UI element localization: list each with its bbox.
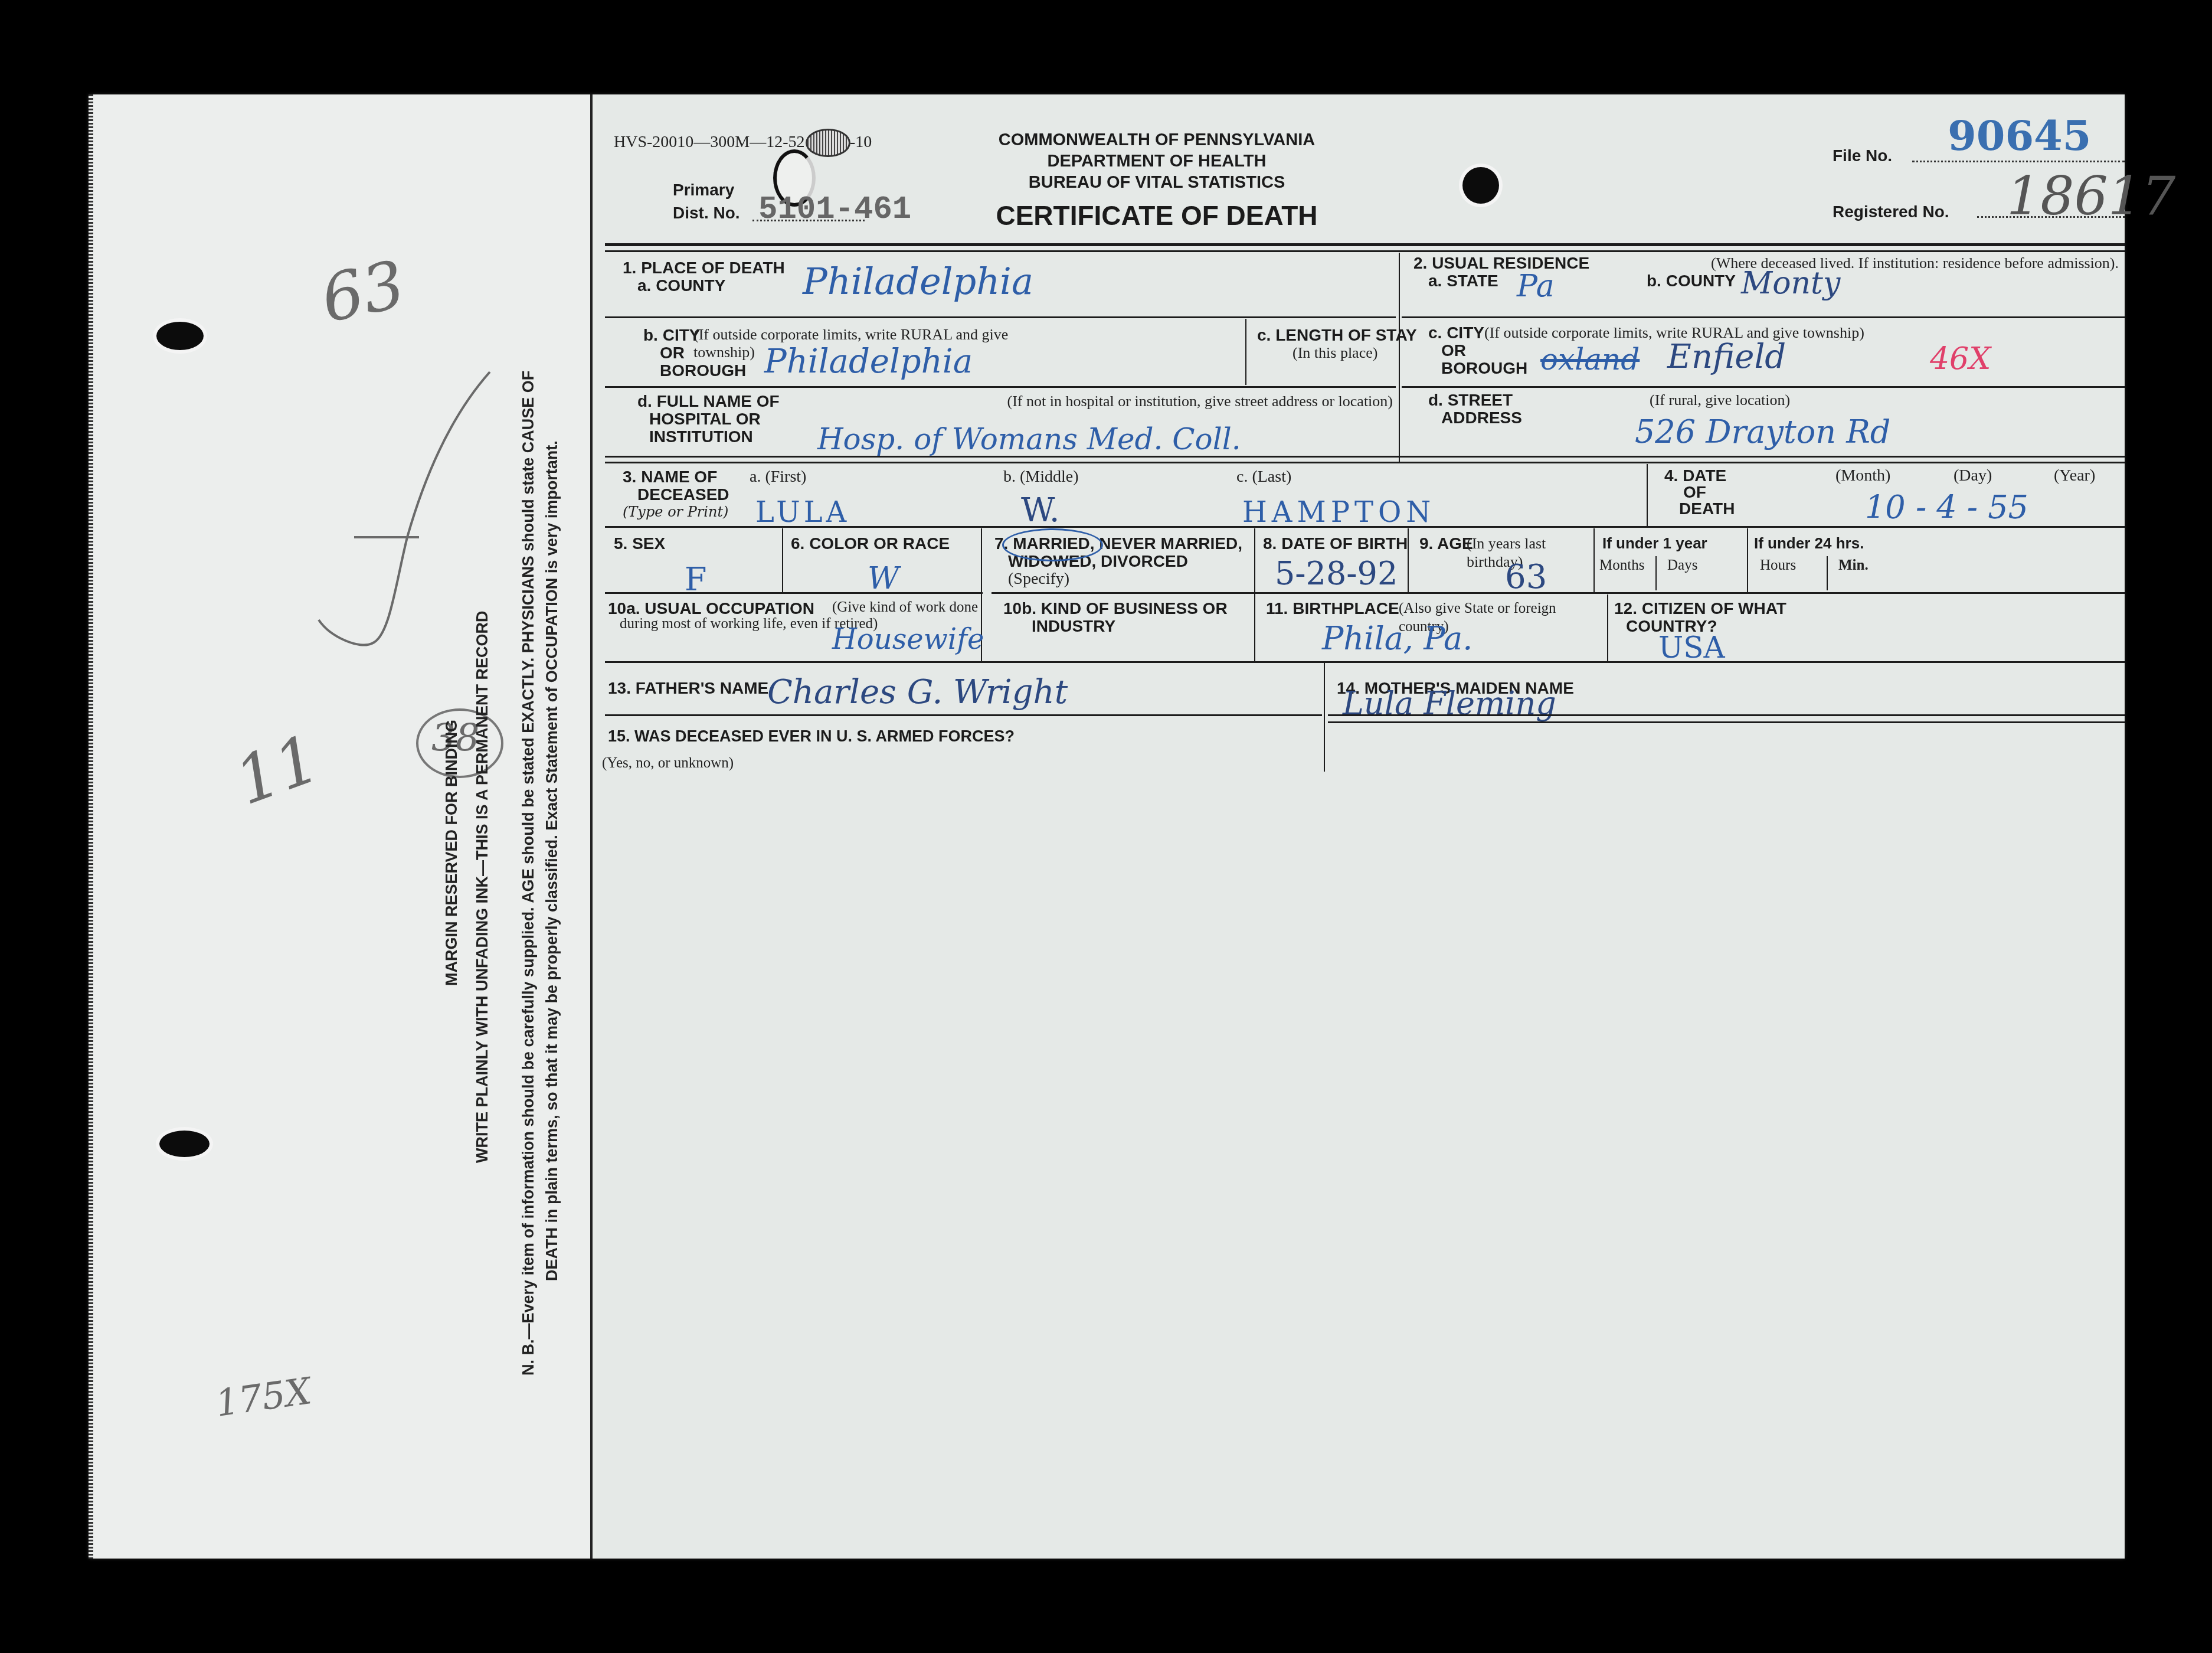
months-label: Months [1599, 556, 1644, 574]
last-name-value: HAMPTON [1242, 496, 1435, 529]
ur-city-value: Enfield [1667, 338, 1786, 376]
pod-stay-note: (In this place) [1292, 344, 1393, 362]
nb-note-line1: N. B.—Every item of information should b… [519, 371, 538, 1376]
name-label-2: DECEASED [637, 485, 729, 504]
rule [605, 462, 2125, 463]
race-label: 6. COLOR OR RACE [791, 534, 950, 553]
rule [1328, 721, 2125, 723]
birthplace-label: 11. BIRTHPLACE [1266, 599, 1399, 618]
dod-day-label: (Day) [1954, 466, 1992, 485]
pod-hospital-note: (If not in hospital or institution, give… [797, 392, 1393, 410]
punch-hole-bottom [159, 1131, 210, 1157]
pod-county-label: a. COUNTY [637, 276, 725, 295]
dod-label-1: 4. DATE [1664, 466, 1726, 485]
ur-county-value: Monty [1741, 266, 1840, 301]
registered-no: 18617 [2007, 165, 2175, 227]
pod-city-borough: BOROUGH [660, 361, 746, 380]
sex-label: 5. SEX [614, 534, 665, 553]
ur-state-label: a. STATE [1428, 272, 1498, 290]
rule-v [1245, 319, 1246, 385]
primary-label: Primary [673, 181, 734, 199]
punch-hole-header-right [1462, 167, 1499, 204]
dob-value: 5-28-92 [1275, 555, 1398, 592]
union-label-suffix: -10 [850, 133, 872, 151]
agency-line-2: DEPARTMENT OF HEALTH [938, 152, 1375, 171]
under-1-year-label: If under 1 year [1602, 534, 1707, 553]
ur-city-struck: oxland [1540, 342, 1640, 377]
ur-street-note: (If rural, give location) [1650, 391, 1790, 409]
primary-dist-no: 5101-461 [758, 192, 911, 228]
binding-stub: 63 11 38 175X MARGIN RESERVED FOR BINDIN… [89, 94, 590, 1559]
punch-hole-top [156, 322, 204, 350]
rule-v [782, 528, 783, 592]
dist-no-label: Dist. No. [673, 204, 740, 222]
rule [605, 714, 1322, 716]
rule [992, 592, 2125, 594]
first-name-value: LULA [755, 496, 850, 529]
under-24-hrs-label: If under 24 hrs. [1754, 534, 1864, 553]
union-label-icon [806, 129, 850, 157]
dob-label: 8. DATE OF BIRTH [1263, 534, 1408, 553]
pencil-note-bottom: 175X [213, 1369, 314, 1425]
citizen-value: USA [1658, 631, 1725, 665]
pod-city-value: Philadelphia [764, 342, 973, 381]
rule-v [1607, 594, 1608, 661]
ur-city-or: OR [1441, 341, 1466, 360]
ur-street-label-2: ADDRESS [1441, 409, 1522, 427]
agency-line-1: COMMONWEALTH OF PENNSYLVANIA [938, 131, 1375, 149]
col-divider-1-2 [1399, 253, 1400, 462]
file-no-label: File No. [1833, 146, 1892, 165]
margin-reserved-note: MARGIN RESERVED FOR BINDING [443, 720, 461, 986]
rule-v [1655, 556, 1657, 590]
place-of-death-label: 1. PLACE OF DEATH [623, 259, 785, 277]
armed-forces-label: 15. WAS DECEASED EVER IN U. S. ARMED FOR… [608, 727, 1015, 746]
citizen-label-1: 12. CITIZEN OF WHAT [1614, 599, 1786, 618]
hours-label: Hours [1760, 556, 1796, 574]
rule [605, 456, 2125, 458]
marital-circle-married [1002, 528, 1103, 561]
ur-city-label: c. CITY [1428, 324, 1484, 342]
dod-year-label: (Year) [2054, 466, 2095, 485]
dod-month-label: (Month) [1835, 466, 1890, 485]
last-name-label: c. (Last) [1236, 468, 1291, 486]
first-name-label: a. (First) [750, 468, 806, 486]
armed-forces-note-1: (Yes, no, or unknown) [602, 754, 734, 772]
pod-county-value: Philadelphia [803, 260, 1033, 303]
rule-v [1408, 528, 1409, 592]
mother-name-value: Lula Fleming [1343, 685, 1556, 722]
rule [1402, 386, 2125, 388]
age-label: 9. AGE [1419, 534, 1473, 553]
pod-stay-label: c. LENGTH OF STAY [1257, 326, 1417, 344]
rule-v [1324, 662, 1325, 772]
age-value: 63 [1505, 558, 1547, 596]
agency-line-3: BUREAU OF VITAL STATISTICS [938, 174, 1375, 192]
ur-street-value: 526 Drayton Rd [1635, 413, 1890, 450]
file-no-dotline [1912, 161, 2125, 162]
rule-v [1254, 528, 1255, 661]
pencil-note-top: 63 [315, 246, 411, 337]
race-value: W [868, 561, 899, 596]
certificate-title: CERTIFICATE OF DEATH [938, 201, 1375, 230]
date-of-death-value: 10 - 4 - 55 [1865, 489, 2028, 526]
name-label-1: 3. NAME OF [623, 468, 717, 486]
usual-residence-note: (Where deceased lived. If institution: r… [1599, 254, 2119, 272]
dist-no-dotline [752, 220, 865, 221]
pod-hospital-value: Hosp. of Womans Med. Coll. [817, 422, 1241, 456]
middle-name-value: W. [1021, 491, 1060, 530]
rule [1328, 714, 2125, 716]
header-rule [605, 243, 2125, 246]
perforated-edge [89, 94, 93, 1559]
days-label: Days [1667, 556, 1697, 574]
occupation-value: Housewife [832, 623, 984, 656]
pod-hospital-label-3: INSTITUTION [649, 427, 753, 446]
rule [605, 526, 2125, 528]
registered-no-label: Registered No. [1833, 202, 1949, 221]
name-label-3: (Type or Print) [623, 503, 728, 521]
ur-city-borough: BOROUGH [1441, 359, 1527, 377]
business-label-1: 10b. KIND OF BUSINESS OR [1003, 599, 1228, 618]
rule-v [1747, 528, 1748, 592]
min-label: Min. [1838, 556, 1869, 574]
pod-city-label: b. CITY [643, 326, 700, 344]
pencil-note-mid: 11 [225, 720, 329, 819]
father-name-label: 13. FATHER'S NAME [608, 679, 768, 697]
death-certificate-paper: 63 11 38 175X MARGIN RESERVED FOR BINDIN… [89, 94, 2125, 1559]
stub-separator [590, 94, 593, 1559]
nb-note-line2: DEATH in plain terms, so that it may be … [543, 440, 561, 1281]
form-code: HVS-20010—300M—12-52 [614, 133, 805, 151]
father-name-value: Charles G. Wright [767, 673, 1068, 711]
rule [1402, 316, 2125, 318]
ur-county-label: b. COUNTY [1647, 272, 1736, 290]
pod-hospital-label-1: d. FULL NAME OF [637, 392, 780, 410]
write-plainly-note: WRITE PLAINLY WITH UNFADING INK—THIS IS … [473, 610, 492, 1163]
rule-v [1827, 556, 1828, 590]
usual-residence-label: 2. USUAL RESIDENCE [1413, 254, 1589, 272]
pod-city-or: OR [660, 344, 685, 362]
rule [605, 386, 1396, 388]
file-no-stamp: 90645 [1948, 111, 2092, 160]
ur-state-value: Pa [1517, 269, 1555, 304]
middle-name-label: b. (Middle) [1003, 468, 1079, 486]
rule-v [1593, 528, 1595, 592]
ur-street-label-1: d. STREET [1428, 391, 1513, 409]
birthplace-value: Phila, Pa. [1322, 620, 1473, 657]
rule [605, 592, 983, 594]
marital-label-3: (Specify) [1008, 570, 1069, 588]
ur-city-code: 46X [1930, 341, 1991, 377]
header-rule-2 [605, 250, 2125, 252]
rule-v [1647, 464, 1648, 526]
dod-label-2: OF [1683, 483, 1706, 501]
business-label-2: INDUSTRY [1032, 617, 1115, 635]
rule [605, 316, 1396, 318]
dod-label-3: DEATH [1679, 499, 1735, 518]
certificate-form: HVS-20010—300M—12-52 -10 Primary Dist. N… [596, 94, 2125, 1559]
pod-hospital-label-2: HOSPITAL OR [649, 410, 761, 428]
rule [605, 661, 2125, 663]
